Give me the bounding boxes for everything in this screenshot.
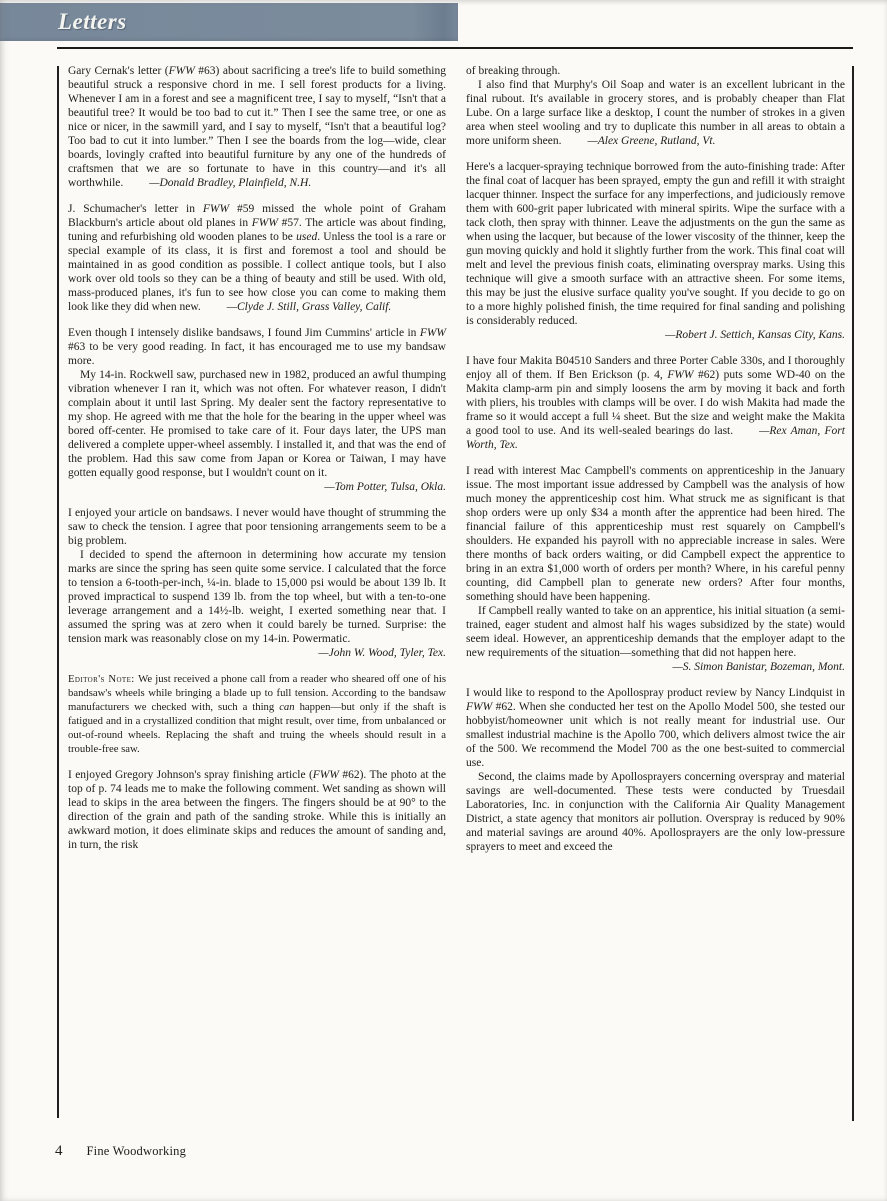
- letter-aman: I have four Makita B04510 Sanders and th…: [466, 354, 845, 452]
- letter-potter-p1: Even though I intensely dislike bandsaws…: [68, 326, 446, 368]
- letter-settich-signature: —Robert J. Settich, Kansas City, Kans.: [466, 328, 845, 342]
- letter-wood-p1: I enjoyed your article on bandsaws. I ne…: [68, 506, 446, 548]
- header-rule: [57, 47, 853, 49]
- section-header-bar: Letters: [0, 3, 458, 41]
- letter-potter-p2: My 14-in. Rockwell saw, purchased new in…: [68, 368, 446, 480]
- letter-banistar-signature: —S. Simon Banistar, Bozeman, Mont.: [466, 660, 845, 674]
- section-title: Letters: [58, 3, 127, 41]
- letter-wood-signature: —John W. Wood, Tyler, Tex.: [68, 646, 446, 660]
- editors-note: Editor's Note: We just received a phone …: [68, 672, 446, 756]
- letter-greene-p1: I enjoyed Gregory Johnson's spray finish…: [68, 768, 446, 852]
- letter-potter-signature: —Tom Potter, Tulsa, Okla.: [68, 480, 446, 494]
- letter-settich: Here's a lacquer-spraying technique borr…: [466, 160, 845, 328]
- letter-apollo-p2: Second, the claims made by Apollosprayer…: [466, 770, 845, 854]
- letter-greene-p1-continued: of breaking through.: [466, 64, 845, 78]
- left-column-rule: [57, 66, 59, 1118]
- letter-apollo-p1: I would like to respond to the Apollospr…: [466, 686, 845, 770]
- letter-bradley: Gary Cernak's letter (FWW #63) about sac…: [68, 64, 446, 190]
- letter-banistar-p2: If Campbell really wanted to take on an …: [466, 604, 845, 660]
- page-footer: 4 Fine Woodworking: [55, 1143, 186, 1160]
- magazine-name: Fine Woodworking: [87, 1144, 187, 1159]
- letter-wood-p2: I decided to spend the afternoon in dete…: [68, 548, 446, 646]
- letter-greene-p2: I also find that Murphy's Oil Soap and w…: [466, 78, 845, 148]
- column-1: Gary Cernak's letter (FWW #63) about sac…: [68, 64, 446, 852]
- letter-still: J. Schumacher's letter in FWW #59 missed…: [68, 202, 446, 314]
- column-2: of breaking through.I also find that Mur…: [466, 64, 845, 854]
- right-column-rule: [852, 66, 854, 1121]
- page-number: 4: [55, 1143, 63, 1160]
- letter-banistar-p1: I read with interest Mac Campbell's comm…: [466, 464, 845, 604]
